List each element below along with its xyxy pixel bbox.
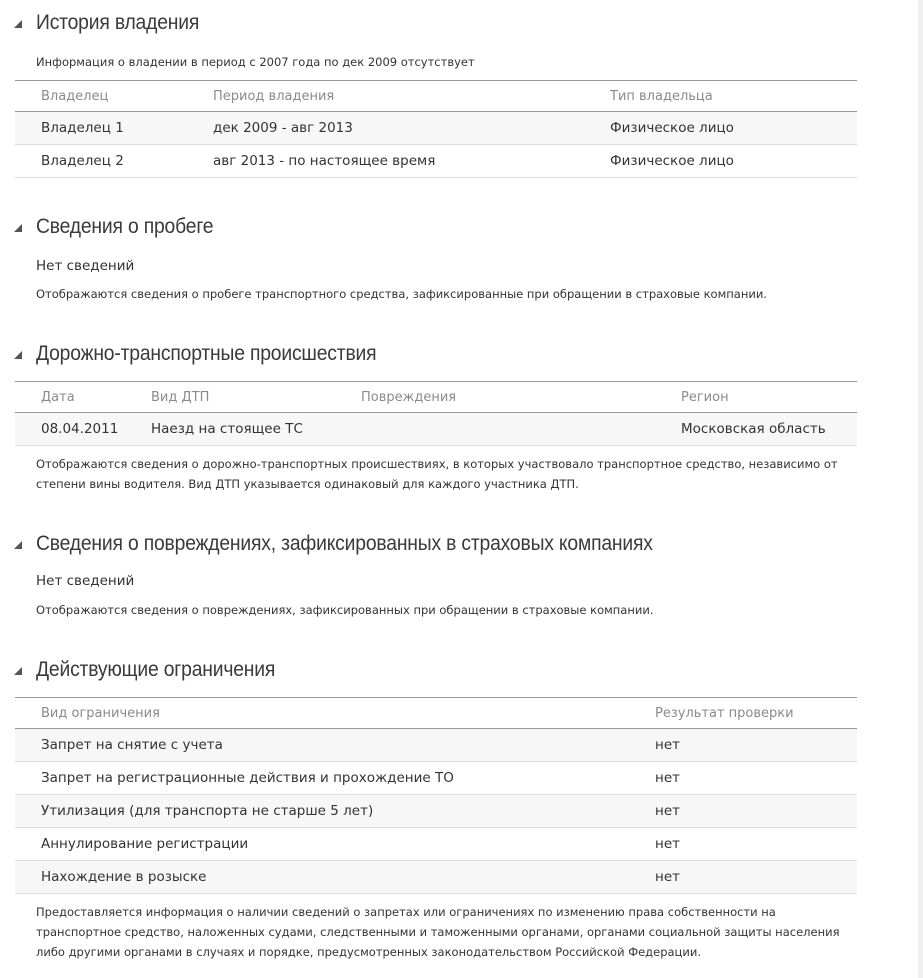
table-row: Владелец 1 дек 2009 - авг 2013 Физическо… <box>15 112 857 145</box>
column-header: Результат проверки <box>655 698 857 729</box>
section-title: Сведения о пробеге <box>36 213 213 241</box>
section-title: Сведения о повреждениях, зафиксированных… <box>36 530 653 558</box>
column-header: Регион <box>681 382 857 413</box>
owner-cell: Владелец 2 <box>15 145 213 178</box>
table-row: Утилизация (для транспорта не старше 5 л… <box>15 795 857 828</box>
collapse-triangle-icon[interactable] <box>14 351 22 359</box>
section-mileage: Сведения о пробеге Нет сведений Отобража… <box>0 213 858 243</box>
collapse-triangle-icon[interactable] <box>14 667 22 675</box>
date-cell: 08.04.2011 <box>15 413 151 446</box>
column-header: Вид ДТП <box>151 382 361 413</box>
restriction-type-cell: Запрет на регистрационные действия и про… <box>15 762 655 795</box>
no-data-status: Нет сведений <box>36 572 134 590</box>
section-title: История владения <box>36 9 199 37</box>
table-row: Нахождение в розыске нет <box>15 861 857 894</box>
column-header: Вид ограничения <box>15 698 655 729</box>
section-ownership-history: История владения Информация о владении в… <box>0 9 858 39</box>
table-row: Владелец 2 авг 2013 - по настоящее время… <box>15 145 857 178</box>
damages-note: Отображаются сведения о повреждениях, за… <box>36 600 653 620</box>
table-row: Запрет на регистрационные действия и про… <box>15 762 857 795</box>
accidents-note-line: степени вины водителя. Вид ДТП указывает… <box>36 474 579 494</box>
check-result-cell: нет <box>655 795 857 828</box>
column-header: Тип владельца <box>610 81 857 112</box>
column-header: Повреждения <box>361 382 681 413</box>
ownership-note: Информация о владении в период с 2007 го… <box>36 52 475 72</box>
accidents-note-line: Отображаются сведения о дорожно-транспор… <box>36 454 838 474</box>
collapse-triangle-icon[interactable] <box>14 224 22 232</box>
column-header: Владелец <box>15 81 213 112</box>
restrictions-note-line: либо другими органами в случаях и порядк… <box>36 942 701 962</box>
section-header[interactable]: История владения <box>0 9 858 39</box>
check-result-cell: нет <box>655 729 857 762</box>
section-header[interactable]: Дорожно-транспортные происшествия <box>0 340 858 370</box>
scrollbar-track[interactable] <box>918 0 923 978</box>
restriction-type-cell: Запрет на снятие с учета <box>15 729 655 762</box>
period-cell: авг 2013 - по настоящее время <box>213 145 610 178</box>
section-title: Действующие ограничения <box>36 656 275 684</box>
table-row: Аннулирование регистрации нет <box>15 828 857 861</box>
owner-type-cell: Физическое лицо <box>610 112 857 145</box>
column-header: Период владения <box>213 81 610 112</box>
section-restrictions: Действующие ограничения Вид ограничения … <box>0 656 858 686</box>
restriction-type-cell: Нахождение в розыске <box>15 861 655 894</box>
accident-type-cell: Наезд на стоящее ТС <box>151 413 361 446</box>
section-header[interactable]: Сведения о пробеге <box>0 213 858 243</box>
section-header[interactable]: Действующие ограничения <box>0 656 858 686</box>
restrictions-note-line: Предоставляется информация о наличии све… <box>36 902 776 922</box>
check-result-cell: нет <box>655 762 857 795</box>
column-header: Дата <box>15 382 151 413</box>
restriction-type-cell: Утилизация (для транспорта не старше 5 л… <box>15 795 655 828</box>
region-cell: Московская область <box>681 413 857 446</box>
section-accidents: Дорожно-транспортные происшествия Дата В… <box>0 340 858 370</box>
damage-cell <box>361 413 681 446</box>
mileage-note: Отображаются сведения о пробеге транспор… <box>36 284 767 304</box>
collapse-triangle-icon[interactable] <box>14 541 22 549</box>
section-title: Дорожно-транспортные происшествия <box>36 340 376 368</box>
table-row: Запрет на снятие с учета нет <box>15 729 857 762</box>
section-header[interactable]: Сведения о повреждениях, зафиксированных… <box>0 530 858 560</box>
section-insurance-damages: Сведения о повреждениях, зафиксированных… <box>0 530 858 560</box>
owner-type-cell: Физическое лицо <box>610 145 857 178</box>
collapse-triangle-icon[interactable] <box>14 20 22 28</box>
restrictions-note-line: транспортное средство, наложенных судами… <box>36 922 839 942</box>
period-cell: дек 2009 - авг 2013 <box>213 112 610 145</box>
owner-cell: Владелец 1 <box>15 112 213 145</box>
accidents-table: Дата Вид ДТП Повреждения Регион 08.04.20… <box>15 381 857 446</box>
no-data-status: Нет сведений <box>36 257 134 275</box>
check-result-cell: нет <box>655 861 857 894</box>
table-row: 08.04.2011 Наезд на стоящее ТС Московска… <box>15 413 857 446</box>
ownership-table: Владелец Период владения Тип владельца В… <box>15 80 857 178</box>
restrictions-table: Вид ограничения Результат проверки Запре… <box>15 697 857 894</box>
check-result-cell: нет <box>655 828 857 861</box>
restriction-type-cell: Аннулирование регистрации <box>15 828 655 861</box>
